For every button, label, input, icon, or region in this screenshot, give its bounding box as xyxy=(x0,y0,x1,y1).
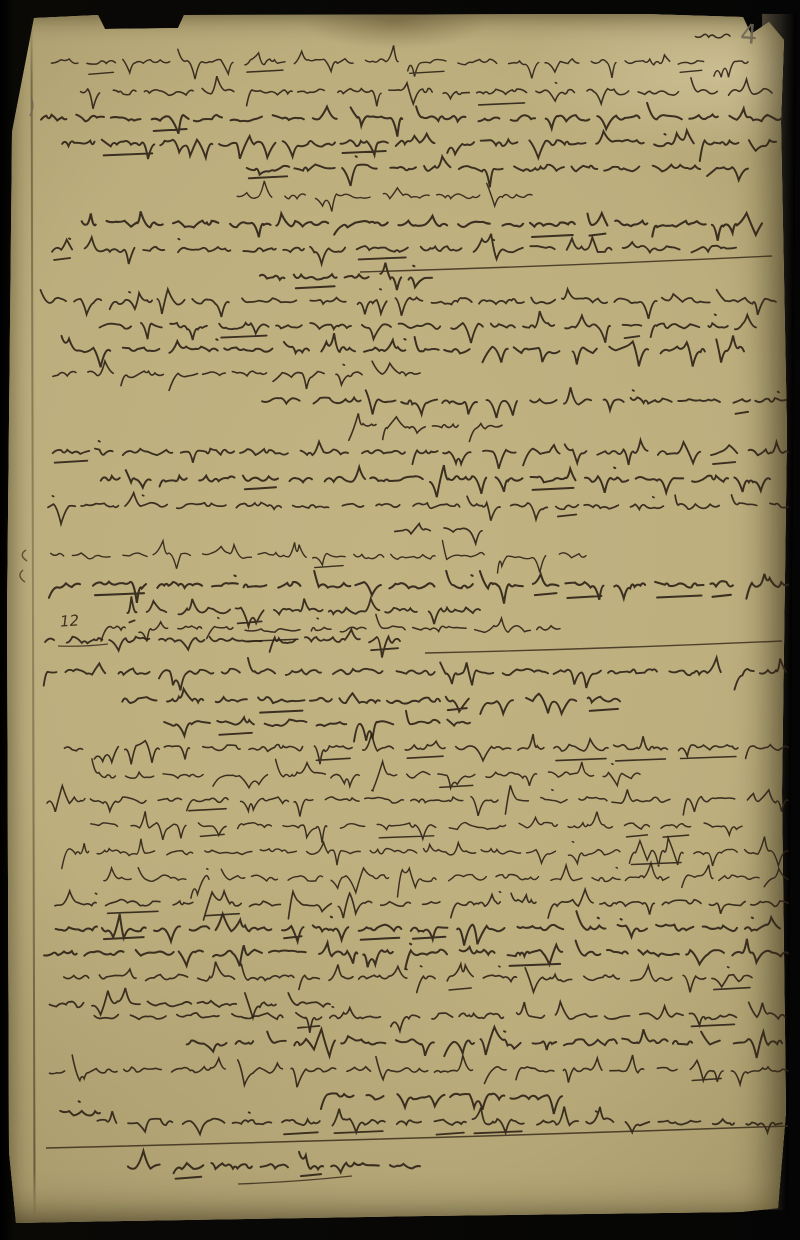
handwriting-line xyxy=(395,524,482,544)
handwriting-line xyxy=(64,962,752,993)
handwriting-line xyxy=(92,759,640,790)
handwriting-line xyxy=(41,289,777,319)
ink-rules xyxy=(46,256,788,1184)
handwriting-line xyxy=(53,440,788,469)
handwriting-line xyxy=(52,234,736,264)
handwriting-line xyxy=(50,988,331,1018)
handwriting-line xyxy=(41,103,782,137)
handwriting-line xyxy=(127,597,480,627)
handwriting-line xyxy=(48,493,788,524)
handwriting-line xyxy=(60,1101,100,1115)
handwriting-line xyxy=(55,889,788,920)
handwriting-layer xyxy=(0,0,800,1240)
handwriting-line xyxy=(101,614,560,641)
handwriting-line xyxy=(50,1055,789,1087)
margin-mark xyxy=(22,550,27,561)
handwriting-line xyxy=(62,333,745,367)
ink-rule xyxy=(58,644,108,646)
ink-rule xyxy=(238,1176,352,1184)
handwriting-line xyxy=(247,156,748,187)
margin-mark xyxy=(20,570,25,582)
margin-marks xyxy=(20,98,33,582)
handwriting-line xyxy=(47,785,788,816)
handwriting-line xyxy=(82,211,762,240)
handwriting-line xyxy=(101,465,770,497)
handwriting-line xyxy=(128,1151,420,1179)
ink-rule xyxy=(425,641,782,653)
handwriting-line xyxy=(91,811,742,842)
handwriting-line xyxy=(262,387,786,418)
marginal-number: 12 xyxy=(59,611,79,630)
handwriting-line xyxy=(100,311,757,343)
handwriting-line xyxy=(51,540,586,573)
handwriting-line xyxy=(62,130,776,161)
handwriting-line xyxy=(44,939,788,969)
handwriting-line xyxy=(51,45,748,79)
handwriting-line xyxy=(237,181,532,212)
handwriting-line xyxy=(45,630,400,658)
handwriting-lines xyxy=(41,34,789,1178)
handwriting-line xyxy=(65,733,789,764)
scan-background: 4 12 xyxy=(0,0,800,1240)
handwriting-line xyxy=(260,263,432,290)
handwriting-line xyxy=(104,863,788,898)
page-number: 4 xyxy=(739,19,777,57)
handwriting-line xyxy=(62,837,788,869)
margin-mark xyxy=(30,98,33,116)
ink-rule xyxy=(46,1126,788,1148)
handwriting-line xyxy=(94,1002,785,1033)
handwriting-line xyxy=(321,1093,562,1114)
handwriting-line xyxy=(56,911,780,945)
handwriting-line xyxy=(122,689,620,714)
handwriting-line xyxy=(44,658,786,691)
handwriting-line xyxy=(695,34,730,38)
handwriting-line xyxy=(187,1027,782,1058)
handwriting-line xyxy=(349,413,502,441)
handwriting-line xyxy=(164,711,470,742)
handwriting-line xyxy=(81,76,772,109)
ink-rule xyxy=(360,256,772,272)
handwriting-line xyxy=(53,361,420,390)
handwriting-line xyxy=(49,571,788,604)
